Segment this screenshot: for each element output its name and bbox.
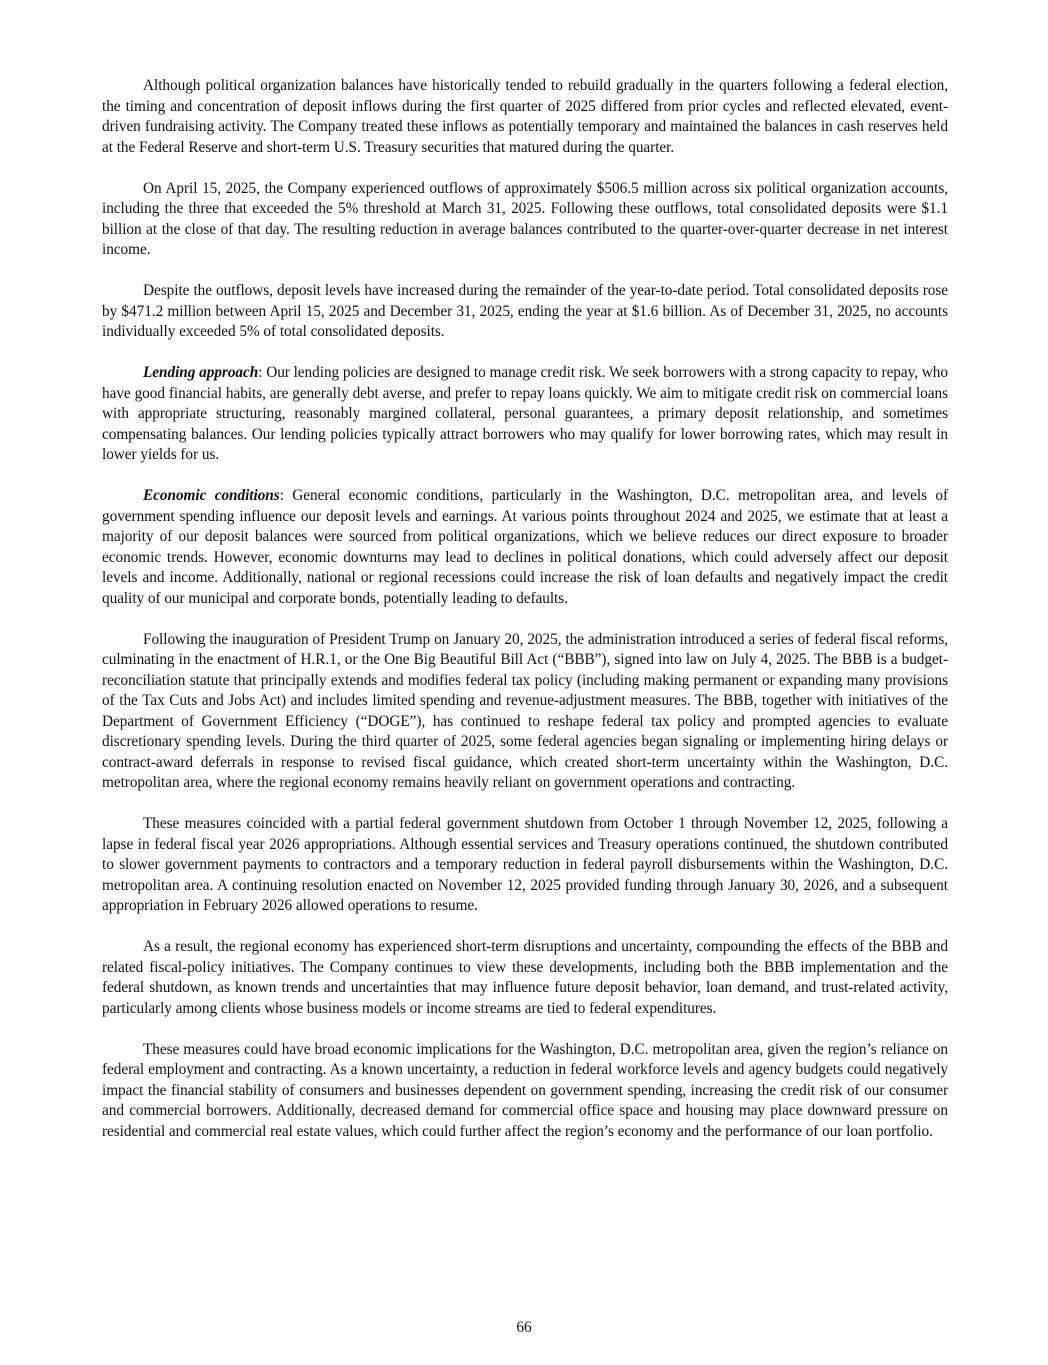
paragraph-text: Following the inauguration of President …: [102, 631, 948, 792]
paragraph-government-shutdown: These measures coincided with a partial …: [102, 814, 948, 917]
paragraph-lending-approach: Lending approach: Our lending policies a…: [102, 363, 948, 466]
paragraph-text: These measures coincided with a partial …: [102, 815, 948, 914]
page-number: 66: [0, 1318, 1048, 1338]
paragraph-regional-disruptions: As a result, the regional economy has ex…: [102, 937, 948, 1019]
paragraph-text: As a result, the regional economy has ex…: [102, 938, 948, 1017]
paragraph-lead-economic-conditions: Economic conditions: [143, 487, 280, 504]
document-page: Although political organization balances…: [102, 76, 948, 1163]
paragraph-economic-conditions: Economic conditions: General economic co…: [102, 486, 948, 609]
paragraph-text: On April 15, 2025, the Company experienc…: [102, 180, 948, 259]
paragraph-text: These measures could have broad economic…: [102, 1041, 948, 1140]
paragraph-fiscal-reforms: Following the inauguration of President …: [102, 630, 948, 794]
paragraph-lead-lending-approach: Lending approach: [143, 364, 258, 381]
paragraph-political-balances: Although political organization balances…: [102, 76, 948, 158]
paragraph-deposit-recovery: Despite the outflows, deposit levels hav…: [102, 281, 948, 343]
paragraph-text: : General economic conditions, particula…: [102, 487, 948, 607]
paragraph-text: Although political organization balances…: [102, 77, 948, 156]
paragraph-economic-implications: These measures could have broad economic…: [102, 1040, 948, 1143]
paragraph-april-outflows: On April 15, 2025, the Company experienc…: [102, 179, 948, 261]
paragraph-text: Despite the outflows, deposit levels hav…: [102, 282, 948, 340]
